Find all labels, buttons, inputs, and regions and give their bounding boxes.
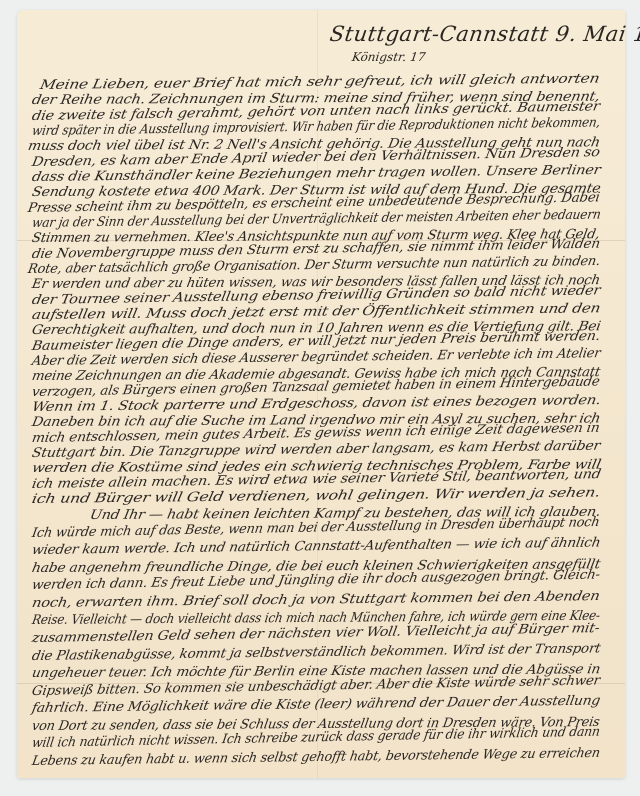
handwritten-line: Lebens zu kaufen habt u. wenn sich selbs… [31, 746, 601, 769]
handwritten-line: noch, erwarten ihm. Brief soll doch ja v… [31, 589, 601, 611]
letter-body: Meine Lieben, euer Brief hat mich sehr g… [0, 0, 640, 796]
